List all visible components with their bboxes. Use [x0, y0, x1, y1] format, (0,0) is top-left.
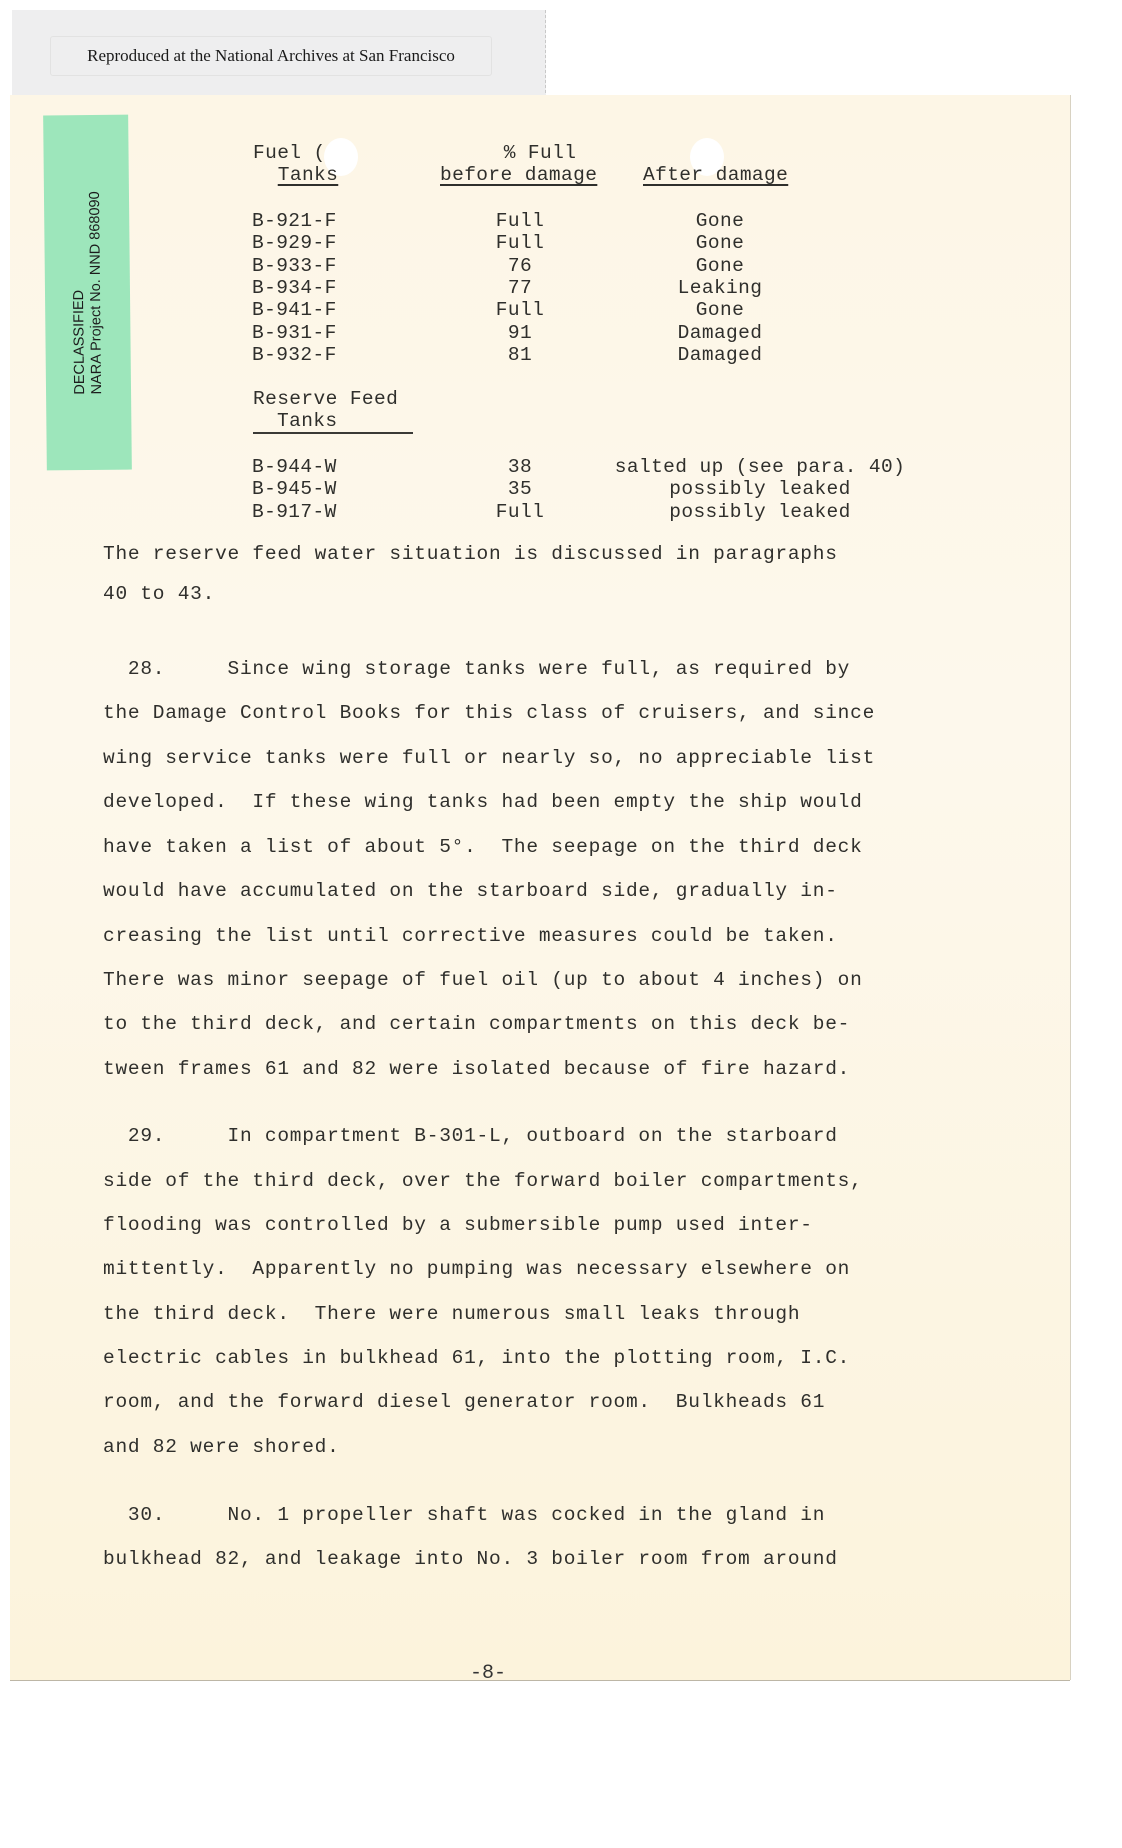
nara-project-number: NARA Project No. NND 868090 — [86, 191, 105, 394]
archive-strip: Reproduced at the National Archives at S… — [12, 10, 546, 98]
body-text-line: There was minor seepage of fuel oil (up … — [103, 969, 863, 991]
body-text-line: creasing the list until corrective measu… — [103, 925, 838, 947]
body-text-line: the third deck. There were numerous smal… — [103, 1303, 800, 1325]
declassification-sticker: DECLASSIFIED NARA Project No. NND 868090 — [43, 115, 132, 471]
reserve-pct-before: 38 — [470, 456, 570, 478]
fuel-pct-before: Full — [470, 299, 570, 321]
body-text-line: would have accumulated on the starboard … — [103, 880, 838, 902]
reserve-status-after: possibly leaked — [590, 478, 930, 500]
fuel-pct-before: Full — [470, 210, 570, 232]
fuel-header-pct-full: % Full — [440, 142, 640, 164]
reserve-status-after: salted up (see para. 40) — [590, 456, 930, 478]
body-text-line: mittently. Apparently no pumping was nec… — [103, 1258, 850, 1280]
body-text-line: room, and the forward diesel generator r… — [103, 1391, 825, 1413]
fuel-pct-before: 91 — [470, 322, 570, 344]
body-text-line: wing service tanks were full or nearly s… — [103, 747, 875, 769]
body-text-line: and 82 were shored. — [103, 1436, 340, 1458]
body-text-line: tween frames 61 and 82 were isolated bec… — [103, 1058, 850, 1080]
fuel-header-tanks-line1: Fuel ( — [253, 142, 326, 164]
reserve-tank-id: B-945-W — [252, 478, 337, 500]
fuel-status-after: Gone — [660, 210, 780, 232]
fuel-pct-before: 81 — [470, 344, 570, 366]
page-number: -8- — [470, 1662, 506, 1685]
declassification-text: DECLASSIFIED NARA Project No. NND 868090 — [69, 191, 105, 394]
fuel-header-tanks-line2: Tanks — [253, 164, 363, 186]
fuel-status-after: Leaking — [660, 277, 780, 299]
fuel-status-after: Gone — [660, 255, 780, 277]
body-text-line: have taken a list of about 5°. The seepa… — [103, 836, 863, 858]
fuel-tank-id: B-931-F — [252, 322, 337, 344]
reserve-tank-id: B-917-W — [252, 501, 337, 523]
fuel-status-after: Gone — [660, 232, 780, 254]
body-text-line: bulkhead 82, and leakage into No. 3 boil… — [103, 1548, 838, 1570]
body-text-line: developed. If these wing tanks had been … — [103, 791, 863, 813]
body-text-line: the Damage Control Books for this class … — [103, 702, 875, 724]
reserve-header-line2: Tanks — [253, 410, 413, 434]
fuel-tank-id: B-941-F — [252, 299, 337, 321]
fuel-tank-id: B-932-F — [252, 344, 337, 366]
body-text-line: 30. No. 1 propeller shaft was cocked in … — [103, 1504, 825, 1526]
body-text-line: flooding was controlled by a submersible… — [103, 1214, 813, 1236]
fuel-tank-id: B-921-F — [252, 210, 337, 232]
fuel-pct-before: 77 — [470, 277, 570, 299]
body-text-line: 40 to 43. — [103, 583, 215, 605]
fuel-tank-id: B-934-F — [252, 277, 337, 299]
body-text-line: 28. Since wing storage tanks were full, … — [103, 658, 850, 680]
fuel-pct-before: Full — [470, 232, 570, 254]
body-text-line: The reserve feed water situation is disc… — [103, 543, 838, 565]
fuel-pct-before: 76 — [470, 255, 570, 277]
body-text-line: electric cables in bulkhead 61, into the… — [103, 1347, 850, 1369]
declassified-label: DECLASSIFIED — [69, 191, 88, 394]
fuel-status-after: Damaged — [660, 322, 780, 344]
fuel-header-before-damage: before damage — [440, 164, 597, 186]
fuel-tank-id: B-929-F — [252, 232, 337, 254]
fuel-status-after: Damaged — [660, 344, 780, 366]
reserve-pct-before: Full — [470, 501, 570, 523]
fuel-status-after: Gone — [660, 299, 780, 321]
body-text-line: to the third deck, and certain compartme… — [103, 1013, 850, 1035]
fuel-tank-id: B-933-F — [252, 255, 337, 277]
body-text-line: 29. In compartment B-301-L, outboard on … — [103, 1125, 838, 1147]
fuel-header-after-damage: After damage — [643, 164, 788, 186]
archive-label: Reproduced at the National Archives at S… — [50, 36, 492, 76]
reserve-tank-id: B-944-W — [252, 456, 337, 478]
reserve-pct-before: 35 — [470, 478, 570, 500]
reserve-header-line1: Reserve Feed — [253, 388, 398, 410]
body-text-line: side of the third deck, over the forward… — [103, 1170, 863, 1192]
reserve-status-after: possibly leaked — [590, 501, 930, 523]
